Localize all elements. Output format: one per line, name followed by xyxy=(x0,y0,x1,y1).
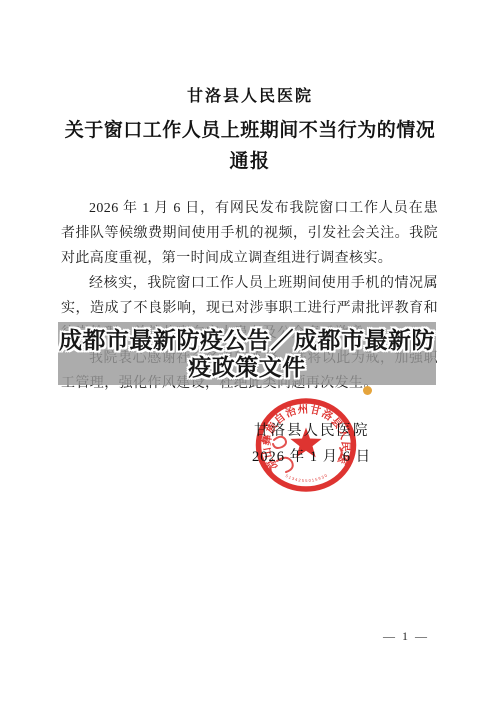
watermark-text-line-2: 疫政策文件 xyxy=(188,354,306,381)
seal-code-text: 5134255015930 xyxy=(285,472,329,483)
paragraph: 2026 年 1 月 6 日，有网民发布我院窗口工作人员在患者排队等候缴费期间使… xyxy=(61,196,438,271)
signature-name: 甘洛县人民医院 xyxy=(254,419,370,440)
seal-graphic: 凉山彝族自治州甘洛县人民医院 5134255015930 xyxy=(254,398,354,489)
document-page: 甘洛县人民医院 关于窗口工作人员上班期间不当行为的情况 通报 2026 年 1 … xyxy=(0,0,500,707)
orange-dot-marker xyxy=(363,386,372,395)
title-line-3: 通报 xyxy=(36,146,464,177)
svg-text:5134255015930: 5134255015930 xyxy=(285,472,329,483)
title-line-2: 关于窗口工作人员上班期间不当行为的情况 xyxy=(36,115,464,146)
signature-date: 2026 年 1 月 6 日 xyxy=(252,445,371,466)
watermark-text-line-1: 成都市最新防疫公告／成都市最新防 xyxy=(59,327,435,354)
page-number: — 1 — xyxy=(383,629,429,644)
watermark-band: 成都市最新防疫公告／成都市最新防 疫政策文件 xyxy=(58,322,436,385)
title-line-1: 甘洛县人民医院 xyxy=(36,84,464,110)
document-title: 甘洛县人民医院 关于窗口工作人员上班期间不当行为的情况 通报 xyxy=(36,84,464,177)
